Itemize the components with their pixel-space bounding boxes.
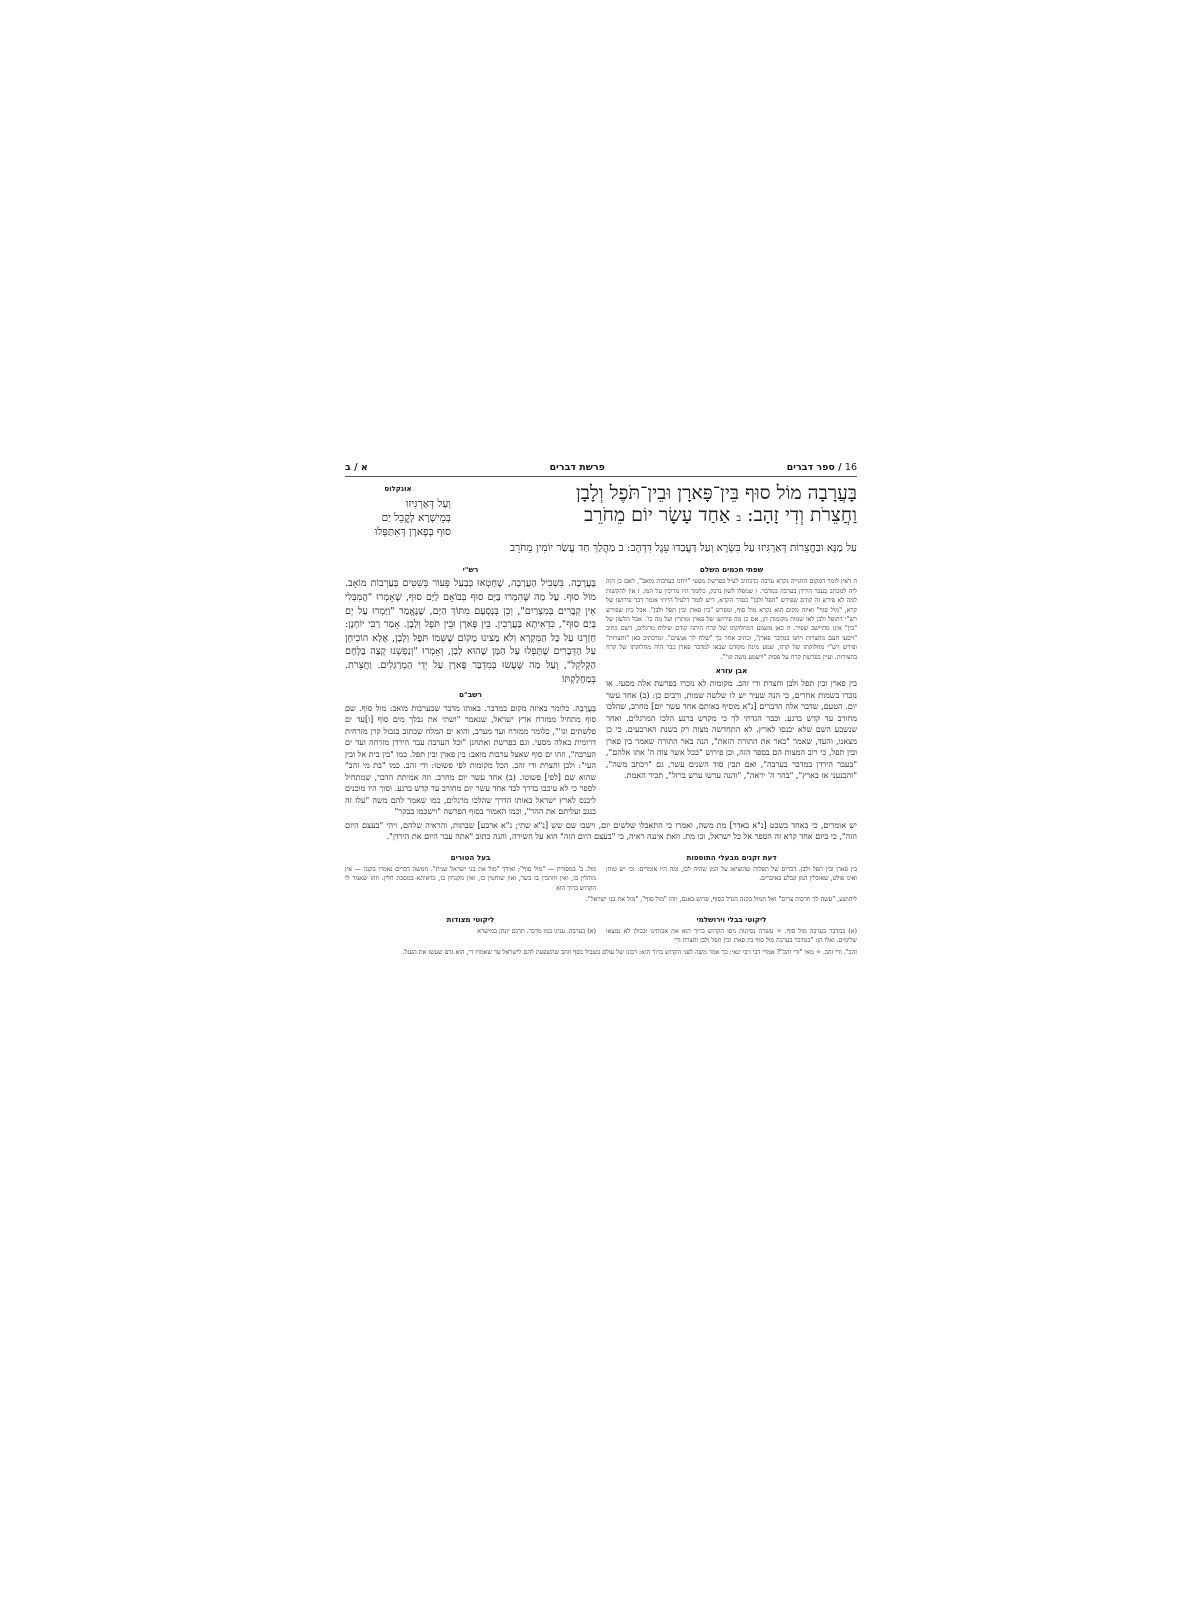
ibn-ezra-full-width: יש אומרים, כי באחד בשבט [נ"א באדר] מת מש… — [345, 820, 857, 843]
rashi-text: בָּעֲרָבָה. בִּשְׁבִיל הָעֲרָבָה, שֶׁחָט… — [345, 577, 596, 686]
siftei-text: ה דאין לומר דמקום החנייה נקרא ערבה כדכתי… — [606, 577, 857, 662]
likutei-metzudot-column: ליקוטי מצודות (א) בערבה. ענינו כמו מדבר.… — [345, 911, 596, 946]
rashbam-title: רשב"ם — [345, 690, 596, 699]
likutei-metzudot-text: (א) בערבה. ענינו כמו מדבר. תרגם יונתן במ… — [345, 927, 596, 936]
header-parsha: פרשת דברים — [549, 462, 604, 473]
likutei-bavli-text: (א) במדבר בערבה מול סוף. ✧ עשרה נסיונות … — [606, 927, 857, 946]
siftei-title: שפתי חכמים השלם — [606, 565, 857, 574]
likutei-bavli-column: ליקוטי בבלי וירושלמי (א) במדבר בערבה מול… — [606, 911, 857, 946]
header-chapter-verse: א / ב — [345, 462, 368, 473]
ibn-ezra-title: אבן עזרא — [606, 666, 857, 675]
likutei-bavli-title: ליקוטי בבלי וירושלמי — [606, 915, 857, 924]
onkelos-title: אונקלוס — [345, 482, 451, 496]
likutei-full-width: זהב". ודי זהב. ✧ מאי "ודי זהב"? אמרי דבי… — [345, 948, 857, 957]
daat-zekenim-text: בין פארן ובין תפל ולבן. דברים של תפלות ש… — [606, 865, 857, 884]
daat-zekenim-title: דעת זקנים מבעלי התוספות — [606, 853, 857, 862]
siftei-column: שפתי חכמים השלם ה דאין לומר דמקום החנייה… — [606, 561, 857, 818]
baal-haturim-column: בעל הטורים מול. ב' במסורת — "מול סוף"; ו… — [345, 849, 596, 894]
torah-text: בָּעֲרָבָה מוֹל סוּף בֵּין־פָּארָן וּבֵי… — [457, 482, 857, 539]
verse-number: ב — [736, 513, 741, 524]
header-book: 16 / ספר דברים — [787, 462, 857, 473]
baal-haturim-title: בעל הטורים — [345, 853, 596, 862]
likutei-metzudot-title: ליקוטי מצודות — [345, 915, 596, 924]
onkelos-full-line: עַל מַנָּא וּבַחֲצֵרוֹת דְּאַרְגִּיזוּ ע… — [345, 541, 857, 555]
rashi-title: רש"י — [345, 565, 596, 574]
onkelos-column: אונקלוס וְעַל דְּאַרְגִּיזוּ בְּמֵישְׁרָ… — [345, 482, 451, 539]
baal-haturim-text: מול. ב' במסורת — "מול סוף"; ואידך "מול א… — [345, 865, 596, 893]
rashi-column: רש"י בָּעֲרָבָה. בִּשְׁבִיל הָעֲרָבָה, ש… — [345, 561, 596, 818]
rashbam-text: בָּעֲרָבָה. כלומר באיזה מקום במדבר. באות… — [345, 703, 596, 818]
commentary-columns-bottom: ליקוטי בבלי וירושלמי (א) במדבר בערבה מול… — [345, 911, 857, 946]
running-header: 16 / ספר דברים פרשת דברים א / ב — [345, 462, 857, 477]
baal-haturim-full-width: ליהושע, "עשה לך חרבות צרים" ואל תמול בקנ… — [345, 895, 857, 904]
document-page: 16 / ספר דברים פרשת דברים א / ב בָּעֲרָב… — [345, 462, 857, 957]
daat-zekenim-column: דעת זקנים מבעלי התוספות בין פארן ובין תפ… — [606, 849, 857, 894]
commentary-columns-middle: דעת זקנים מבעלי התוספות בין פארן ובין תפ… — [345, 849, 857, 894]
ibn-ezra-text: בין פארן ובין תפל ולבן וחצרת ודי זהב. מק… — [606, 678, 857, 782]
commentary-columns-top: שפתי חכמים השלם ה דאין לומר דמקום החנייה… — [345, 561, 857, 818]
torah-section: בָּעֲרָבָה מוֹל סוּף בֵּין־פָּארָן וּבֵי… — [345, 482, 857, 539]
